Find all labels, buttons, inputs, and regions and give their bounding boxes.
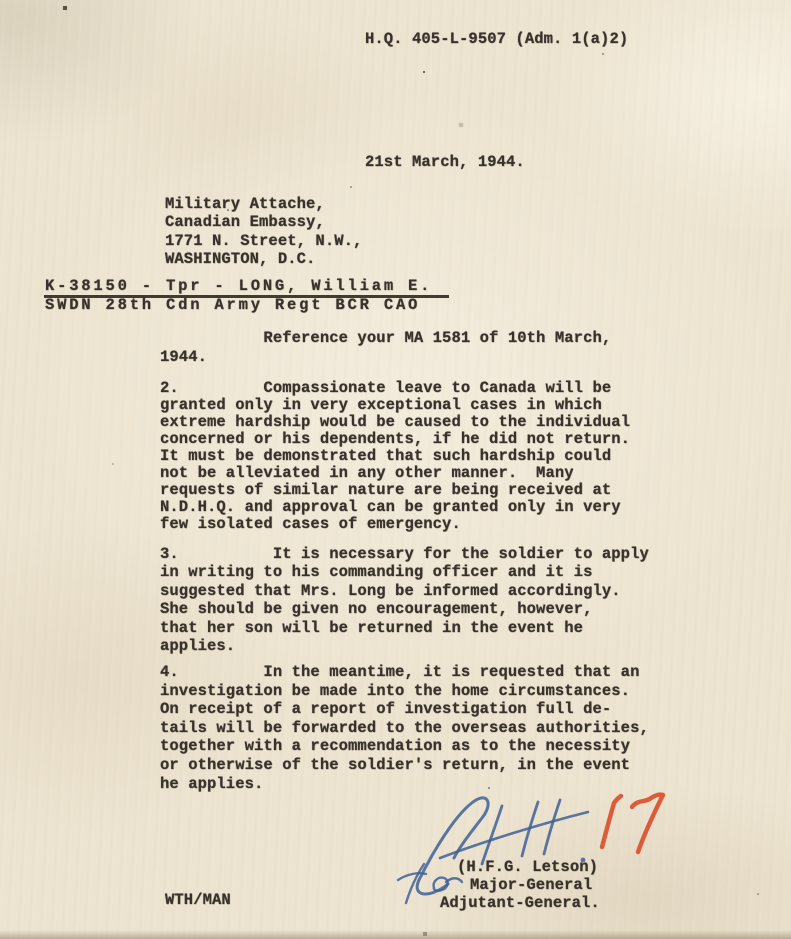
subject-line-unit: SWDN 28th Cdn Army Regt BCR CAO: [45, 297, 420, 314]
handwritten-number-17: [592, 783, 674, 863]
letter-date: 21st March, 1944.: [365, 153, 525, 172]
paragraph-2: 2. Compassionate leave to Canada will be…: [160, 380, 630, 533]
typist-initials: WTH/MAN: [165, 891, 231, 910]
file-reference-number: H.Q. 405-L-9507 (Adm. 1(a)2): [365, 30, 628, 49]
signatory-title: Adjutant-General.: [440, 894, 600, 913]
paper-specks: [0, 0, 2, 2]
signatory-typed-name: (H.F.G. Letson): [457, 858, 598, 877]
paragraph-3: 3. It is necessary for the soldier to ap…: [160, 545, 649, 655]
subject-line-service-number: K-38150 - Tpr - LONG, William E.: [44, 278, 449, 298]
recipient-address: Military Attache, Canadian Embassy, 1771…: [165, 195, 362, 268]
scanned-letter-page: H.Q. 405-L-9507 (Adm. 1(a)2) 21st March,…: [0, 0, 791, 939]
signatory-rank: Major-General: [470, 876, 592, 895]
paragraph-1: Reference your MA 1581 of 10th March, 19…: [160, 329, 611, 366]
